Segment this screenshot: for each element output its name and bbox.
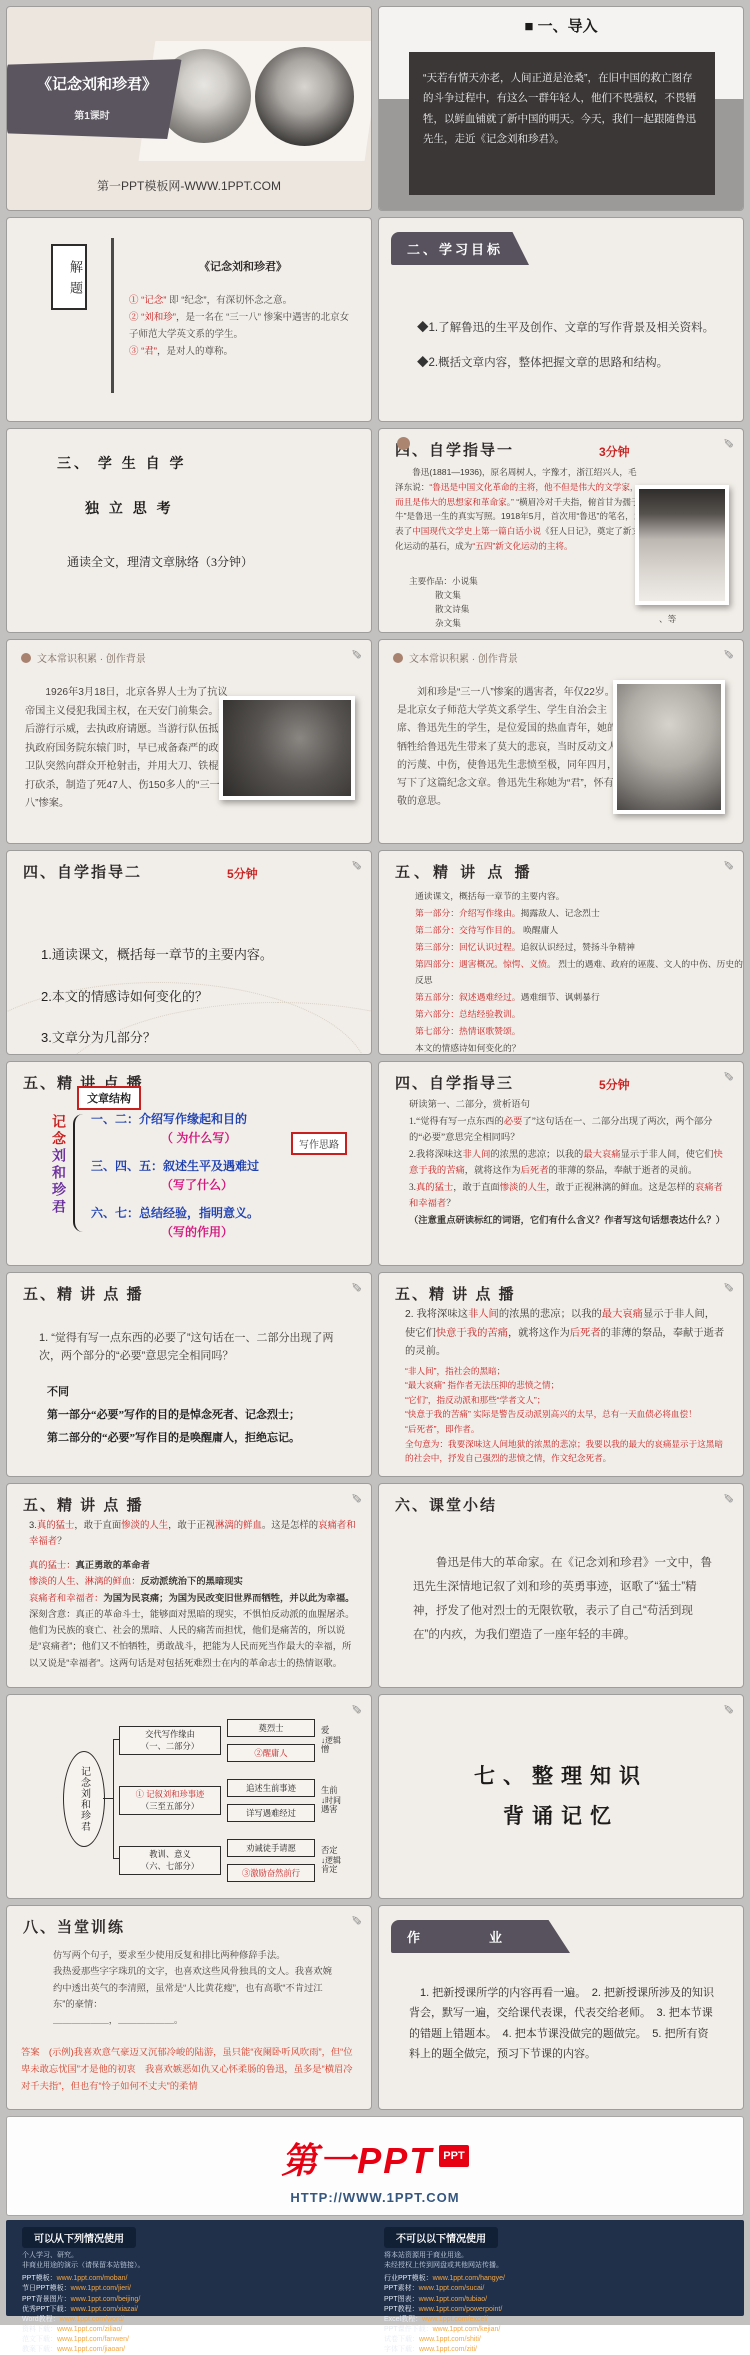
work-title: 《记念刘和珍君》 <box>129 258 357 278</box>
slide-thumbnail-12[interactable]: ✎ 四、自学指导三 5分钟 研读第一、二部分，赏析语句1.“觉得有写一点东西的必… <box>378 1061 744 1266</box>
pencil-icon: ✎ <box>348 860 364 871</box>
quote-text: 2. 我将深味这非人间的浓黑的悲凉；以我的最大哀痛显示于非人间，使它们快意于我的… <box>405 1306 725 1362</box>
pencil-icon: ✎ <box>720 1493 736 1504</box>
slide-thumbnail-16[interactable]: ✎ 六、课堂小结 鲁迅是伟大的革命家。在《记念刘和珍君》一文中，鲁迅先生深情地记… <box>378 1483 744 1688</box>
diagram-branch-1: 交代写作缘由（一、二部分） 奠烈士 ②醒庸人 爱↓逻辑憎 <box>119 1719 341 1762</box>
slide-thumbnail-6[interactable]: ✎ 四、自学指导一 3分钟 鲁迅(1881—1936)，原名周树人，字豫才，浙江… <box>378 428 744 633</box>
bullet-dot-icon <box>393 653 403 663</box>
pencil-icon: ✎ <box>348 1915 364 1926</box>
slide-thumbnail-3[interactable]: 解题 《记念刘和珍君》 ① “记念” 即 “纪念”，有深切怀念之意。② “刘和珍… <box>6 217 372 422</box>
section-heading: ■ 一、导入 <box>379 15 743 36</box>
jieti-label: 解题 <box>51 244 87 310</box>
answer-paragraph: 答案 (示例)我喜欢意气豪迈又沉郁冷峻的陆游，虽只能“夜阑卧听风吹雨”，但“位卑… <box>21 2044 361 2094</box>
pencil-icon: ✎ <box>348 1704 364 1715</box>
topic-header: 文本常识积累 · 创作背景 <box>37 650 146 665</box>
pencil-icon: ✎ <box>348 649 364 660</box>
liu-hezhen-paragraph: 刘和珍是“三一八”惨案的遇害者，年仅22岁。她是北京女子师范大学英文系学生、学生… <box>397 684 625 811</box>
section-heading: 五、精 讲 点 播 <box>379 851 743 882</box>
timer-label: 3分钟 <box>599 443 630 460</box>
section-heading: 五、精 讲 点 播 <box>7 1062 371 1093</box>
exercise-instruction: 仿写两个句子，要求至少使用反复和排比两种修辞手法。 <box>53 1947 341 1963</box>
footer-links-left[interactable]: PPT模板：www.1ppt.com/moban/节日PPT模板：www.1pp… <box>22 2274 366 2355</box>
pencil-icon: ✎ <box>720 1282 736 1293</box>
pencil-icon: ✎ <box>348 1493 364 1504</box>
summary-paragraph: 鲁迅是伟大的革命家。在《记念刘和珍君》一文中，鲁迅先生深情地记叙了刘和珍的英勇事… <box>413 1551 713 1648</box>
title-shape <box>7 59 187 139</box>
pencil-icon: ✎ <box>348 1282 364 1293</box>
pencil-icon: ✎ <box>720 860 736 871</box>
homework-badge: 作 业 <box>391 1920 570 1953</box>
review-heading: 七、整理知识 背诵记忆 <box>379 1757 743 1837</box>
answer-lines: 不同第一部分“必要”写作的目的是悼念死者、记念烈士；第二部分的“必要”写作目的是… <box>47 1381 371 1450</box>
site-logo[interactable]: 第一PPTPPT <box>7 2117 743 2184</box>
slide-thumbnail-8[interactable]: ✎ 文本常识积累 · 创作背景 刘和珍是“三一八”惨案的遇害者，年仅22岁。她是… <box>378 639 744 844</box>
luxun-bio: 鲁迅(1881—1936)，原名周树人，字豫才，浙江绍兴人，毛泽东说：“鲁迅是中… <box>395 465 643 554</box>
blank-lines: ＿＿＿＿＿＿，＿＿＿＿＿＿。 <box>53 2012 341 2028</box>
topic-header: 文本常识积累 · 创作背景 <box>409 650 518 665</box>
section-heading: 四、自学指导一 <box>379 429 743 460</box>
slide-thumbnail-17[interactable]: ✎ 记念刘和珍君 交代写作缘由（一、二部分） 奠烈士 ②醒庸人 爱↓逻辑憎 ① … <box>6 1694 372 1899</box>
slide-thumbnail-14[interactable]: ✎ 五、精 讲 点 播 2. 我将深味这非人间的浓黑的悲凉；以我的最大哀痛显示于… <box>378 1272 744 1477</box>
vertical-title: 记念刘和珍君 <box>49 1114 69 1216</box>
slide-thumbnail-5[interactable]: 三、 学 生 自 学 独 立 思 考 通读全文，理清文章脉络（3分钟） <box>6 428 372 633</box>
slide-thumbnail-10[interactable]: ✎ 五、精 讲 点 播 通读课文，概括每一章节的主要内容。第一部分：介绍写作缘由… <box>378 850 744 1055</box>
section-heading: 六、课堂小结 <box>379 1484 743 1515</box>
slide-thumbnail-11[interactable]: 五、精 讲 点 播 文章结构 写作思路 记念刘和珍君 一、二：介绍写作缘起和目的… <box>6 1061 372 1266</box>
ppt-title: 《记念刘和珍君》 <box>17 73 177 94</box>
idea-box: 写作思路 <box>291 1132 347 1155</box>
footer-links-right[interactable]: 行业PPT模板：www.1ppt.com/hangye/PPT素材：www.1p… <box>384 2274 728 2355</box>
section-heading: 五、精 讲 点 播 <box>379 1273 743 1304</box>
allowed-usage-notes: 个人学习、研究。非商业用途的演示（请保留本站链接）。 <box>22 2251 366 2271</box>
allowed-usage-badge: 可以从下列情况使用 <box>22 2227 136 2248</box>
task-text: 通读全文，理清文章脉络（3分钟） <box>67 553 371 570</box>
ppt-subtitle: 第1课时 <box>17 107 167 122</box>
liu-hezhen-portrait <box>613 680 725 814</box>
slide-thumbnail-1[interactable]: 《记念刘和珍君》 第1课时 第一PPT模板网-WWW.1PPT.COM <box>6 6 372 211</box>
forbidden-usage-badge: 不可以以下情况使用 <box>384 2227 498 2248</box>
page: 《记念刘和珍君》 第1课时 第一PPT模板网-WWW.1PPT.COM ■ 一、… <box>0 0 750 2325</box>
slide-thumbnail-7[interactable]: ✎ 文本常识积累 · 创作背景 1926年3月18日，北京各界人士为了抗议帝国主… <box>6 639 372 844</box>
section-heading: 三、 学 生 自 学 <box>57 453 371 474</box>
decor-dot <box>397 437 410 450</box>
brace-decoration <box>73 1114 87 1232</box>
pencil-icon: ✎ <box>720 1071 736 1082</box>
site-url[interactable]: HTTP://WWW.1PPT.COM <box>7 2190 743 2205</box>
divider <box>111 238 114 393</box>
exercise-text: 我热爱那些字字珠玑的文字，也喜欢这些风骨独具的文人。我喜欢婉约中透出英气的李清照… <box>53 1963 341 2012</box>
lu-xun-portrait <box>635 485 729 605</box>
quote-text: 3.真的猛士，敢于直面惨淡的人生，敢于正视淋漓的鲜血。这是怎样的哀痛者和幸福者？ <box>29 1517 357 1549</box>
lu-xun-photo <box>255 47 354 146</box>
section-badge: 二、学习目标 <box>391 232 529 265</box>
background-paragraph: 1926年3月18日，北京各界人士为了抗议帝国主义侵犯我国主权，在天安门前集会。… <box>25 684 230 814</box>
diagram-branch-2: ① 记叙刘和珍事迹（三至五部分） 追述生前事迹 详写遇难经过 生前↓时间遇害 <box>119 1779 341 1822</box>
pencil-icon: ✎ <box>720 1704 736 1715</box>
intro-paragraph: “天若有情天亦老，人间正道是沧桑”，在旧中国的救亡图存的斗争过程中，有这么一群年… <box>409 52 715 195</box>
section-heading: 四、自学指导二 <box>7 851 371 882</box>
slide-thumbnail-2[interactable]: ■ 一、导入 “天若有情天亦老，人间正道是沧桑”，在旧中国的救亡图存的斗争过程中… <box>378 6 744 211</box>
section-heading: 五、精 讲 点 播 <box>7 1484 371 1515</box>
pencil-icon: ✎ <box>720 438 736 449</box>
slide-thumbnail-19[interactable]: ✎ 八、当堂训练 仿写两个句子，要求至少使用反复和排比两种修辞手法。 我热爱那些… <box>6 1905 372 2110</box>
objectives-list: ◆1.了解鲁迅的生平及创作、文章的写作背景及相关资料。◆2.概括文章内容，整体把… <box>417 311 743 380</box>
explanation-lines: “非人间”，指社会的黑暗；“最大哀痛” 指作者无法压抑的悲愤之情；“它们”，指反… <box>405 1364 730 1466</box>
pencil-icon: ✎ <box>720 649 736 660</box>
site-footer: 第一PPTPPT HTTP://WWW.1PPT.COM 可以从下列情况使用 个… <box>6 2116 744 2316</box>
analysis-lines: 研读第一、二部分，赏析语句1.“觉得有写一点东西的必要了”这句话在一、二部分出现… <box>409 1097 724 1229</box>
section-heading: 四、自学指导三 <box>379 1062 743 1093</box>
license-panel: 可以从下列情况使用 个人学习、研究。非商业用途的演示（请保留本站链接）。 PPT… <box>6 2220 744 2316</box>
slide-thumbnail-13[interactable]: ✎ 五、精 讲 点 播 1. “觉得有写一点东西的必要了”这句话在一、二部分出现… <box>6 1272 372 1477</box>
logo-panel: 第一PPTPPT HTTP://WWW.1PPT.COM <box>6 2116 744 2216</box>
diagram-root-oval: 记念刘和珍君 <box>63 1751 105 1847</box>
slide-thumbnail-15[interactable]: ✎ 五、精 讲 点 播 3.真的猛士，敢于直面惨淡的人生，敢于正视淋漓的鲜血。这… <box>6 1483 372 1688</box>
seal-icon: PPT <box>439 2145 468 2167</box>
slide-thumbnail-9[interactable]: ✎ 四、自学指导二 5分钟 1.通读课文，概括每一章节的主要内容。2.本文的情感… <box>6 850 372 1055</box>
slide-thumbnail-20[interactable]: 作 业 1. 把新授课所学的内容再看一遍。 2. 把新授课所涉及的知识背会，默写… <box>378 1905 744 2110</box>
march-18-photo <box>219 696 355 800</box>
jieti-lines: ① “记念” 即 “纪念”，有深切怀念之意。② “刘和珍”，是一名在 “三一八”… <box>129 292 357 360</box>
bullet-dot-icon <box>21 653 31 663</box>
works-list: 主要作品：小说集散文集散文诗集杂文集 <box>409 575 478 631</box>
slide-thumbnail-18[interactable]: ✎ 七、整理知识 背诵记忆 <box>378 1694 744 1899</box>
timer-label: 5分钟 <box>599 1076 630 1093</box>
section-heading: 五、精 讲 点 播 <box>7 1273 371 1304</box>
answer-lines: 真的猛士：真正勇敢的革命者惨淡的人生、淋漓的鲜血：反动派统治下的黑暗现实哀痛者和… <box>29 1557 359 1671</box>
slide-thumbnail-4[interactable]: 二、学习目标 ◆1.了解鲁迅的生平及创作、文章的写作背景及相关资料。◆2.概括文… <box>378 217 744 422</box>
section-heading: 八、当堂训练 <box>7 1906 371 1937</box>
question-text: 1. “觉得有写一点东西的必要了”这句话在一、二部分出现了两次，两个部分的“必要… <box>39 1330 339 1365</box>
site-credit: 第一PPT模板网-WWW.1PPT.COM <box>7 177 371 194</box>
structure-box: 文章结构 <box>77 1086 141 1110</box>
outline-lines: 通读课文，概括每一章节的主要内容。第一部分：介绍写作缘由。揭露敌人、记念烈士第二… <box>415 888 743 1055</box>
homework-paragraph: 1. 把新授课所学的内容再看一遍。 2. 把新授课所涉及的知识背会，默写一遍，交… <box>409 1983 719 2064</box>
diagram-branch-3: 教训、意义（六、七部分） 劝诫徒手请愿 ③激励奋然前行 否定↓逻辑肯定 <box>119 1839 341 1882</box>
forbidden-usage-notes: 将本站资源用于商业用途。未经授权上传到网盘或其他网站传播。 <box>384 2251 728 2271</box>
timer-label: 5分钟 <box>227 865 258 882</box>
